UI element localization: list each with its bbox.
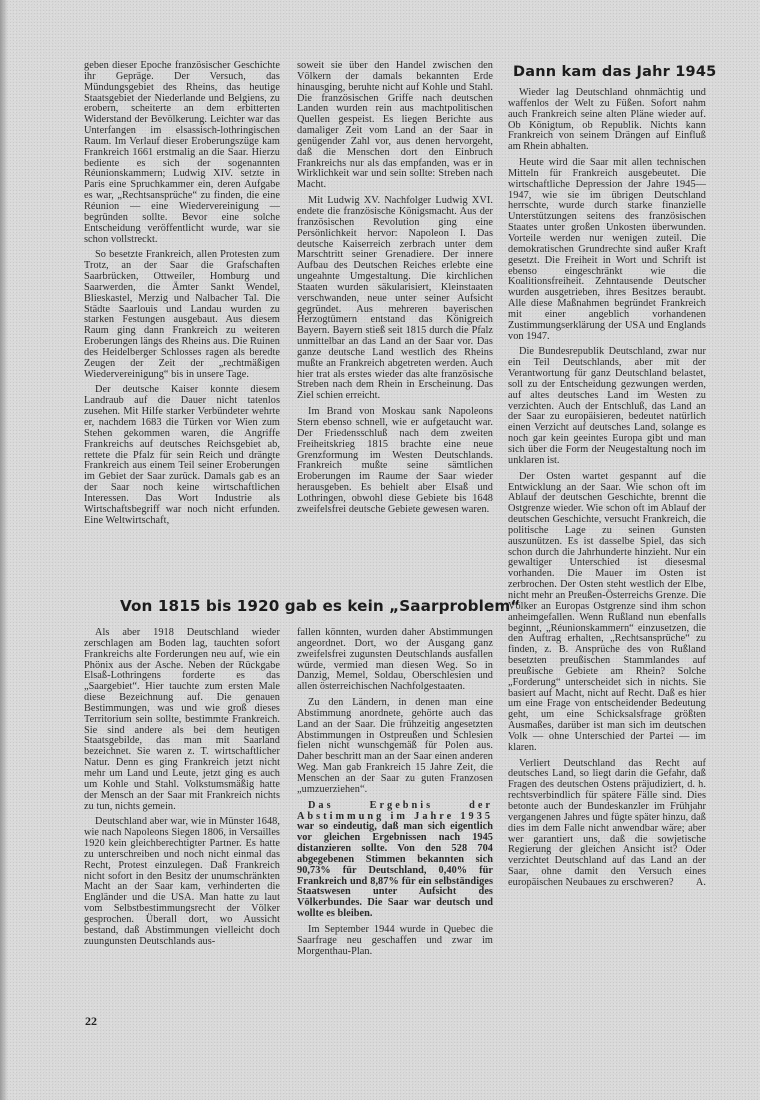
paragraph: Im Brand von Moskau sank Napoleons Stern… [297, 407, 493, 515]
paragraph: Der deutsche Kaiser konnte diesem Landra… [84, 385, 280, 526]
paragraph: Mit Ludwig XV. Nachfolger Ludwig XVI. en… [297, 196, 493, 402]
column-1-top: geben dieser Epoche französischer Geschi… [84, 61, 280, 531]
paragraph: Heute wird die Saar mit allen technische… [508, 158, 706, 342]
paragraph: So besetzte Frankreich, allen Protesten … [84, 250, 280, 380]
paragraph: Im September 1944 wurde in Quebec die Sa… [297, 925, 493, 958]
paragraph: fallen könnten, wurden daher Abstimmunge… [297, 628, 493, 693]
paragraph: Deutschland aber war, wie in Münster 164… [84, 817, 280, 947]
paragraph: Wieder lag Deutschland ohnmächtig und wa… [508, 88, 706, 153]
bold-rest: war so eindeutig, daß man sich eigentlic… [297, 821, 493, 919]
paragraph: Der Osten wartet gespannt auf die Entwic… [508, 472, 706, 754]
bold-paragraph: Das Ergebnis der Abstimmung im Jahre 193… [297, 801, 493, 920]
paragraph: Die Bundesrepublik Deutschland, zwar nur… [508, 347, 706, 466]
paragraph: soweit sie über den Handel zwischen den … [297, 61, 493, 191]
paragraph-last: Verliert Deutschland das Recht auf deuts… [508, 759, 706, 889]
column-1-bottom: Als aber 1918 Deutschland wieder zerschl… [84, 628, 280, 952]
page-edge-shadow [0, 0, 8, 1100]
paragraph: Als aber 1918 Deutschland wieder zerschl… [84, 628, 280, 812]
scanned-page: geben dieser Epoche französischer Geschi… [0, 0, 760, 1100]
section-heading-1815: Von 1815 bis 1920 gab es kein „Saarprobl… [120, 597, 520, 615]
author-signature: A. [685, 878, 706, 889]
column-2-top: soweit sie über den Handel zwischen den … [297, 61, 493, 521]
page-number: 22 [85, 1014, 97, 1029]
paragraph: Zu den Ländern, in denen man eine Abstim… [297, 698, 493, 796]
paragraph-text: Verliert Deutschland das Recht auf deuts… [508, 758, 706, 888]
column-3: Wieder lag Deutschland ohnmächtig und wa… [508, 88, 706, 894]
paragraph: geben dieser Epoche französischer Geschi… [84, 61, 280, 245]
section-heading-1945: Dann kam das Jahr 1945 [513, 64, 716, 80]
column-2-bottom: fallen könnten, wurden daher Abstimmunge… [297, 628, 493, 962]
bold-lead: Das Ergebnis der Abstimmung im Jahre 193… [297, 800, 493, 822]
